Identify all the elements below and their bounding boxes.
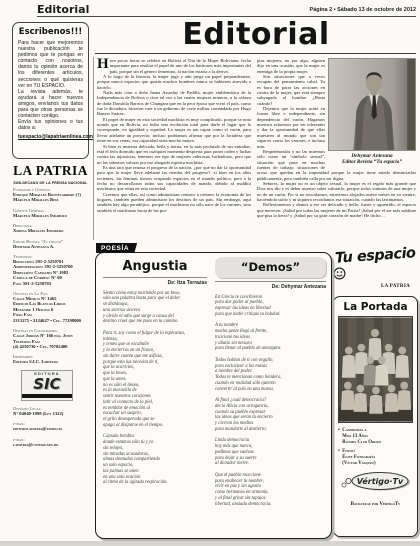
tuespacio-logo-brand: LA PATRIA (335, 284, 410, 289)
masthead-entry: Impresores: Editora S.I.C. Limitada (13, 354, 88, 364)
masthead-entry: Gerente General: Marcelo Miralles Indabu… (13, 208, 88, 218)
masthead-entry-value: Marcelo Miralles Indaburo (13, 213, 88, 218)
newspaper-page: Editorial Página 2 • Sábado 13 de octubr… (0, 0, 420, 541)
masthead-entry-value: Calle México N° 1465 Edificio Las Blanca… (13, 296, 88, 323)
editorial-paragraph: El papel de mujer en esta sociedad machi… (97, 117, 251, 144)
poem-angustia-text: Siento cómo estoy muriendo por un beso, … (103, 291, 207, 487)
newspaper-brand: LA PATRIA SUB-DECANO DE LA PRENSA NACION… (12, 162, 89, 185)
poem-angustia-author: De: Itza Terrazas (103, 280, 207, 286)
printer-logo: EDITORA SIC (21, 370, 73, 401)
backstage-credit: Backstage por VértigoTv (338, 502, 413, 507)
poem-angustia-title: Angustia (103, 259, 207, 274)
portada-bullets: • Candidatas a Miss 13 Años Rotary Club … (338, 428, 413, 467)
editorial-paragraph: Señores, la mujer no es un objeto sexual… (257, 181, 416, 202)
poem-demos-text: En Grecia te concibieron para dar poder … (215, 295, 326, 508)
write-box-body: Para hacer que mejoremos nuestra publica… (18, 40, 83, 131)
editorial-column-1: Hace pocas horas se celebró en Bolivia e… (97, 58, 251, 242)
masthead: Fundador y Gerente: Enrique Miralles Bon… (13, 187, 88, 452)
contact-email: tuespacio@lapatriaenlinea.com (18, 134, 83, 140)
masthead-entry-value: Dehymar Antezana A. (13, 244, 88, 249)
photo-caption: Dehymar Antezana Editor Revista “Tu espa… (328, 153, 416, 165)
vertigo-tv-logo-graphic: Vértigo·Tv (340, 471, 412, 495)
scan-edge (0, 541, 420, 546)
masthead-entry-value: Enrique Miralles Bonnecarrere (†) Marcel… (13, 192, 88, 203)
editorial-paragraph: Nada más citar a doña Juana Azurduy de P… (97, 90, 251, 117)
masthead-entry: Oficinas en La Paz: Calle México N° 1465… (13, 291, 88, 323)
tuespacio-logo-text: Tu espacio (335, 245, 416, 267)
bullet-icon: • (338, 428, 340, 445)
masthead-legal: Depósito Legal: N° 04040-1998 (Ley 1322)… (13, 406, 88, 447)
editorial-paragraph: Es una tara que retrasa el progreso de l… (97, 165, 251, 192)
tuespacio-logo: Tu espacio LA PATRIA (335, 247, 418, 294)
brand-tagline: SUB-DECANO DE LA PRENSA NACIONAL (12, 181, 89, 185)
column-divider-rule (93, 57, 94, 240)
portada-box: La Portada (333, 296, 418, 537)
masthead-credits: Fundador y Gerente: Enrique Miralles Bon… (13, 187, 88, 365)
masthead-entry-value: Redacción: 591-2-5250701 Administración:… (13, 259, 88, 286)
editorial-paragraph: Si bien es muestra delicada, bella y tie… (97, 144, 251, 165)
masthead-entry: Teléfonos: Redacción: 591-2-5250701 Admi… (13, 254, 88, 286)
editorial-paragraph: A lo largo de la historia, la mujer jugó… (97, 74, 251, 90)
photo-caption-name: Dehymar Antezana (351, 153, 392, 159)
editor-portrait-photo (328, 58, 416, 151)
portada-bullet-item: • Candidatas a Miss 13 Años Rotary Club … (338, 428, 413, 445)
poesia-section-tab: POESÍA (96, 243, 137, 253)
masthead-entry: Oficinas en Cochabamba: Calle Jordán N° … (13, 328, 88, 349)
poem-angustia: Angustia De: Itza Terrazas Siento cómo e… (103, 259, 207, 486)
editorial-column-2: Dehymar Antezana Editor Revista “Tu espa… (257, 58, 416, 242)
legal-entry-value: editoralapatria@yahoo.es (13, 426, 88, 431)
poem-demos-author: De: Dehymar Antezana (215, 284, 326, 290)
editorial-headline: Editorial (95, 17, 417, 52)
printer-logo-bar (22, 394, 72, 399)
section-label: Editorial (37, 3, 89, 16)
photo-caption-role: Editor Revista “Tu espacio” (342, 159, 402, 165)
masthead-entry: Editor Revista “Tu espacio” Dehymar Ante… (13, 239, 88, 249)
legal-entry: e-mail: lapatria@coteor.net.bo (13, 437, 88, 447)
legal-entry-value: lapatria@coteor.net.bo (13, 442, 88, 447)
editorial-paragraph: Hace pocas horas se celebró en Bolivia e… (97, 58, 251, 74)
masthead-entry-value: Ximena Miralles Indaburo (13, 228, 88, 233)
brand-name: LA PATRIA (13, 163, 88, 178)
bullet-text: Candidatas a Miss 13 Años Rotary Club Or… (342, 428, 381, 445)
portada-group-photo (338, 316, 413, 423)
printer-logo-main-text: SIC (22, 376, 72, 392)
editorial-paragraph: Creemos que ellas, así como administran … (97, 192, 251, 213)
poem-demos-title: “Demos” (215, 257, 326, 278)
vertigo-tv-logo: Vértigo·Tv (338, 471, 413, 500)
smiley-icon (333, 267, 346, 280)
portada-title: La Portada (338, 301, 413, 313)
legal-entry-value: N° 04040-1998 (Ley 1322) (13, 411, 88, 416)
portada-bullet-item: • Fotos: Élite Fotografía (Víctor Vásque… (338, 449, 413, 466)
poem-rule (103, 277, 207, 278)
write-box-title: Escribenos!!! (18, 27, 83, 37)
vertigo-tv-logo-text: Vértigo·Tv (356, 476, 403, 486)
write-to-us-box: Escribenos!!! Para hacer que mejoremos n… (12, 22, 89, 159)
page-date-info: Página 2 • Sábado 13 de octubre de 2012 (310, 7, 416, 13)
masthead-entry-value: Calle Jordán N° 166 esq. Junín Teléfono … (13, 333, 88, 349)
masthead-entry: Fundador y Gerente: Enrique Miralles Bon… (13, 187, 88, 203)
masthead-entry: Directora: Ximena Miralles Indaburo (13, 223, 88, 233)
masthead-entry-value: Editora S.I.C. Limitada (13, 359, 88, 364)
bullet-text: Fotos: Élite Fotografía (Víctor Vásquez) (342, 449, 375, 466)
editorial-paragraph: Reflexionemos y demos a ese ser delicado… (257, 202, 416, 218)
bullet-icon: • (338, 449, 340, 466)
legal-entry: Depósito Legal: N° 04040-1998 (Ley 1322) (13, 406, 88, 416)
legal-entry: e-mail: editoralapatria@yahoo.es (13, 421, 88, 431)
headline-rule (95, 53, 416, 54)
editor-photo-figure: Dehymar Antezana Editor Revista “Tu espa… (328, 58, 416, 165)
poem-demos: “Demos” De: Dehymar Antezana En Grecia t… (215, 257, 326, 507)
poem-rule (215, 281, 326, 282)
